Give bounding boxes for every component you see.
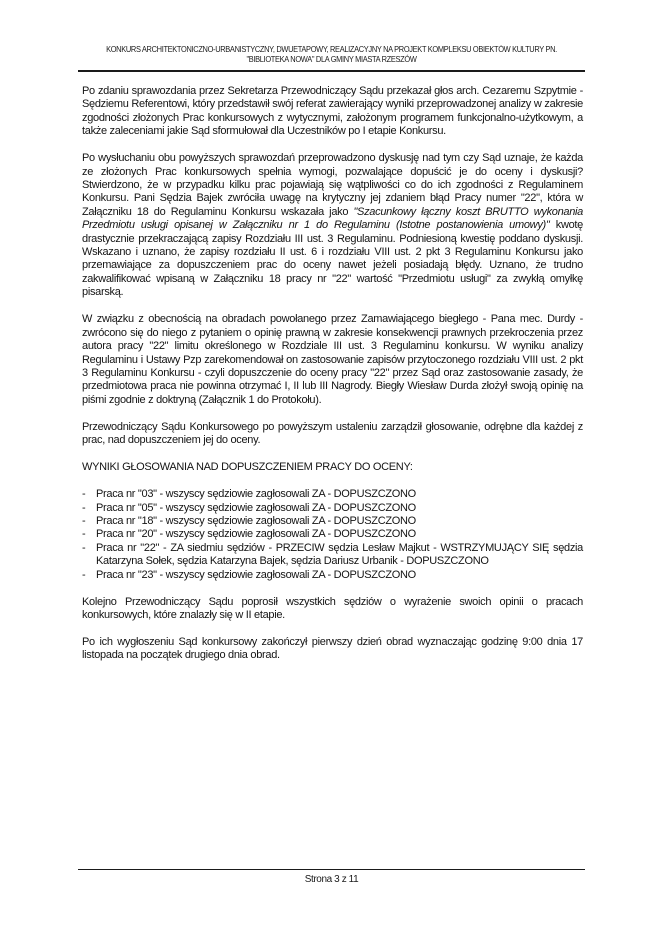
header-divider (78, 70, 585, 72)
header-title-line-2: "BIBLIOTEKA NOWA" DLA GMINY MIASTA RZESZ… (96, 55, 568, 65)
page-header: KONKURS ARCHITEKTONICZNO-URBANISTYCZNY, … (96, 45, 568, 65)
result-text: Praca nr "05" - wszyscy sędziowie zagłos… (96, 502, 416, 514)
paragraph-referee-report: Po zdaniu sprawozdania przez Sekretarza … (82, 85, 583, 139)
document-body: Po zdaniu sprawozdania przez Sekretarza … (82, 85, 583, 676)
bullet-dash: - (82, 528, 85, 541)
paragraph-legal-opinion: W związku z obecnością na obradach powoł… (82, 313, 583, 407)
list-item: -Praca nr "03" - wszyscy sędziowie zagło… (82, 488, 583, 501)
paragraph-discussion: Po wysłuchaniu obu powyższych sprawozdań… (82, 152, 583, 299)
header-title-line-1: KONKURS ARCHITEKTONICZNO-URBANISTYCZNY, … (96, 45, 568, 55)
result-text: Praca nr "18" - wszyscy sędziowie zagłos… (96, 515, 416, 527)
result-text: Praca nr "23" - wszyscy sędziowie zagłos… (96, 569, 416, 581)
footer-divider (78, 869, 585, 870)
list-item: -Praca nr "20" - wszyscy sędziowie zagło… (82, 528, 583, 541)
bullet-dash: - (82, 488, 85, 501)
document-page: KONKURS ARCHITEKTONICZNO-URBANISTYCZNY, … (0, 0, 664, 939)
paragraph-day-closing: Po ich wygłoszeniu Sąd konkursowy zakońc… (82, 636, 583, 663)
bullet-dash: - (82, 569, 85, 582)
voting-results-list: -Praca nr "03" - wszyscy sędziowie zagło… (82, 488, 583, 582)
list-item: -Praca nr "22" - ZA siedmiu sędziów - PR… (82, 542, 583, 569)
list-item: -Praca nr "23" - wszyscy sędziowie zagło… (82, 569, 583, 582)
list-item: -Praca nr "05" - wszyscy sędziowie zagło… (82, 502, 583, 515)
bullet-dash: - (82, 515, 85, 528)
result-text: Praca nr "20" - wszyscy sędziowie zagłos… (96, 528, 416, 540)
bullet-dash: - (82, 542, 85, 555)
paragraph-vote-order: Przewodniczący Sądu Konkursowego po powy… (82, 421, 583, 448)
voting-results-heading: WYNIKI GŁOSOWANIA NAD DOPUSZCZENIEM PRAC… (82, 461, 583, 474)
bullet-dash: - (82, 502, 85, 515)
result-text: Praca nr "22" - ZA siedmiu sędziów - PRZ… (96, 542, 583, 567)
paragraph-opinions-request: Kolejno Przewodniczący Sądu poprosił wsz… (82, 596, 583, 623)
list-item: -Praca nr "18" - wszyscy sędziowie zagło… (82, 515, 583, 528)
result-text: Praca nr "03" - wszyscy sędziowie zagłos… (96, 488, 416, 500)
page-number: Strona 3 z 11 (78, 874, 585, 886)
